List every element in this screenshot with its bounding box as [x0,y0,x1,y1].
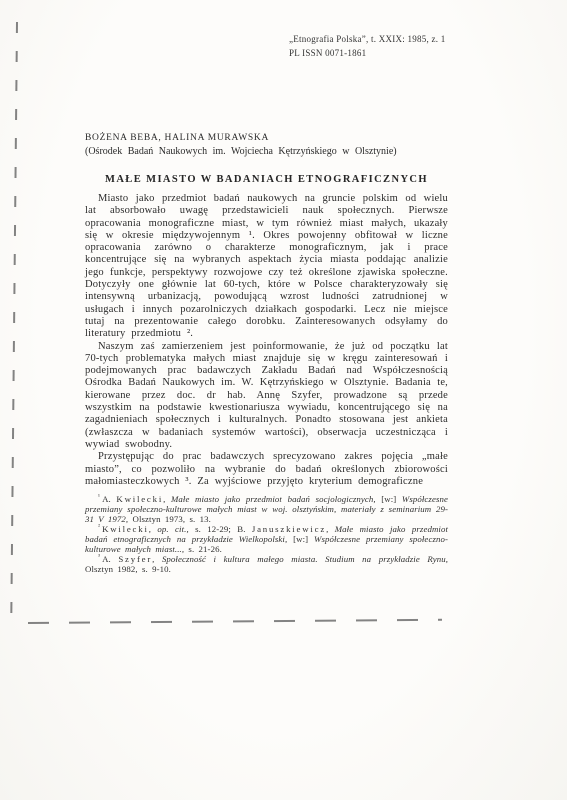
body-paragraph: Naszym zaś zamierzeniem jest poinformowa… [85,341,448,452]
footnote-text-segment: Kwilecki [102,524,149,534]
footnote-text-segment: , [152,554,162,564]
footnote-text-segment: Olsztyn 1973, s. 13. [128,514,211,524]
article-title: MAŁE MIASTO W BADANIACH ETNOGRAFICZNYCH [85,174,448,185]
footnote-marker: ³ [98,553,100,560]
article-body: Miasto jako przedmiot badań naukowych na… [85,193,448,488]
footnote-text-segment: Społeczność i kultura małego miasta. Stu… [162,554,448,564]
footnote: ²Kwilecki, op. cit., s. 12-29; B. Janusz… [85,524,448,554]
footnotes-block: ¹A. Kwilecki, Małe miasto jako przedmiot… [85,494,448,574]
left-dashed-cut-line [10,22,18,628]
footnote-text-segment: Kwilecki [116,494,163,504]
footnote-text-segment: op. cit., [157,524,188,534]
footnote-text-segment: [w:] [376,494,402,504]
footnote-text-segment: s. 12-29; B. [189,524,252,534]
footnote-text-segment: Januszkiewicz [252,524,326,534]
footnote-text-segment: s. 21-26. [188,544,221,554]
footnote: ¹A. Kwilecki, Małe miasto jako przedmiot… [85,494,448,524]
body-paragraph: Przystępując do prac badawczych sprecyzo… [85,451,448,488]
footnote-text-segment: A. [102,554,118,564]
footnote-text-segment: Olsztyn 1982, s. 9-10. [85,564,171,574]
issn-line: PL ISSN 0071-1861 [289,47,445,61]
footnote-text-segment: , [326,524,335,534]
journal-header: „Etnografia Polska”, t. XXIX: 1985, z. 1… [289,33,445,60]
bottom-dashed-cut-line [28,619,442,624]
footnote-text-segment: A. [102,494,116,504]
authors-line: BOŻENA BEBA, HALINA MURAWSKA [85,133,269,143]
scanned-journal-page: „Etnografia Polska”, t. XXIX: 1985, z. 1… [0,0,567,800]
footnote-text-segment: Szyfer [118,554,152,564]
footnote-text-segment: Małe miasto jako przedmiot badań socjolo… [171,494,376,504]
journal-citation: „Etnografia Polska”, t. XXIX: 1985, z. 1 [289,33,445,47]
footnote-text-segment: [w:] [287,534,314,544]
body-paragraph: Miasto jako przedmiot badań naukowych na… [85,193,448,341]
footnote-text-segment: , [163,494,171,504]
footnote-marker: ² [98,523,100,530]
footnote: ³A. Szyfer, Społeczność i kultura małego… [85,554,448,574]
footnote-marker: ¹ [98,493,100,500]
affiliation-line: (Ośrodek Badań Naukowych im. Wojciecha K… [85,146,397,157]
